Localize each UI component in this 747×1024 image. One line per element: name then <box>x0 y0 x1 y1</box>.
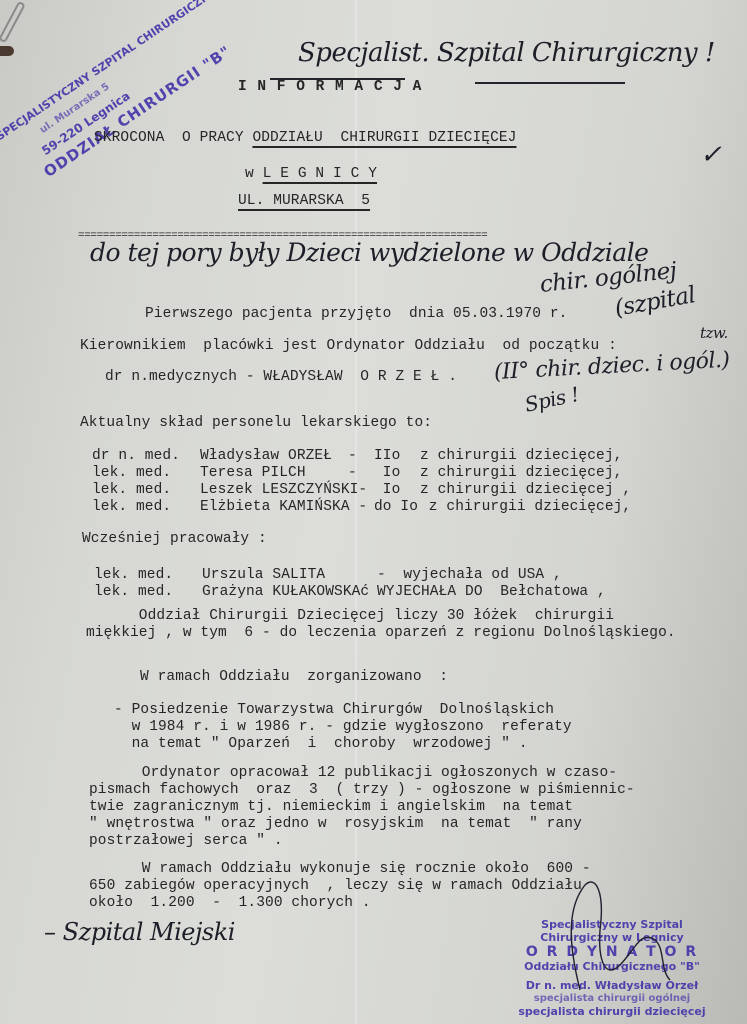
procedures-paragraph-line: około 1.200 - 1.300 chorych . <box>89 895 371 912</box>
handwritten-note-line-1: do tej pory były Dzieci wydzielone w Odd… <box>90 238 648 267</box>
signature <box>560 870 680 1000</box>
former-note: - wyjechała od USA , <box>377 567 562 583</box>
organized-item-line: na temat " Oparzeń i choroby wrzodowej "… <box>114 736 528 753</box>
former-staff-heading: Wcześniej pracowały : <box>82 531 267 548</box>
staff-sep: - <box>348 448 374 465</box>
staff-sep: - <box>348 465 374 482</box>
former-note: WYJECHAŁA DO Bełchatowa , <box>377 584 606 600</box>
staff-title: lek. med. <box>92 482 200 499</box>
city-prefix: w <box>245 166 263 182</box>
handwritten-top-note: Specjalist. Szpital Chirurgiczny ! <box>298 38 715 68</box>
procedures-paragraph-line: W ramach Oddziału wykonuje się rocznie o… <box>89 861 591 878</box>
staff-title: lek. med. <box>92 465 200 482</box>
address: UL. MURARSKA 5 <box>238 193 370 210</box>
staff-field: z chirurgii dziecięcej, <box>420 499 631 515</box>
staff-row: lek. med.Teresa PILCH- Ioz chirurgii dzi… <box>92 465 622 482</box>
former-name: Urszula SALITA <box>202 567 377 584</box>
publications-paragraph-line: Ordynator opracował 12 publikacji ogłosz… <box>89 765 617 782</box>
organized-heading: W ramach Oddziału zorganizowano : <box>140 669 448 686</box>
former-title: lek. med. <box>94 584 202 601</box>
organized-item-line: w 1984 r. i w 1986 r. - gdzie wygłoszono… <box>114 719 572 736</box>
staff-field: z chirurgii dziecięcej, <box>420 465 622 481</box>
handwritten-list-note: Spis ! <box>523 382 581 417</box>
staff-degree: Io <box>374 465 420 482</box>
staff-heading: Aktualny skład personelu lekarskiego to: <box>80 415 432 432</box>
city-line: w L E G N I C Y <box>245 166 377 183</box>
staff-row: dr n. med.Władysław ORZEŁ-IIoz chirurgii… <box>92 448 622 465</box>
beds-paragraph-line: miękkiej , w tym 6 - do leczenia oparzeń… <box>86 625 676 642</box>
staff-name: Władysław ORZEŁ <box>200 448 348 465</box>
former-name: Grażyna KUŁAKOWSKAć <box>202 584 377 601</box>
former-staff-row: lek. med.Grażyna KUŁAKOWSKAćWYJECHAŁA DO… <box>94 584 606 601</box>
first-patient-line: Pierwszego pacjenta przyjęto dnia 05.03.… <box>145 306 567 323</box>
city-name: L E G N I C Y <box>263 166 377 182</box>
head-intro-line: Kierownikiem placówki jest Ordynator Odd… <box>80 338 617 355</box>
staff-field: z chirurgii dziecięcej, <box>420 448 622 464</box>
staff-degree: do Io <box>374 499 420 516</box>
handwritten-bottom-note: – Szpital Miejski <box>44 918 235 946</box>
staff-row: lek. med.Leszek LESZCZYŃSKI- Ioz chirurg… <box>92 482 631 499</box>
staff-name: Leszek LESZCZYŃSKI- <box>200 482 374 499</box>
procedures-paragraph-line: 650 zabiegów operacyjnych , leczy się w … <box>89 878 582 895</box>
document-subtitle: SKROCONA O PRACY ODDZIAŁU CHIRURGII DZIE… <box>94 130 516 147</box>
department-stamp: SPECJALISTYCZNY SZPITAL CHIRURGICZNY ul.… <box>0 0 253 193</box>
staff-field: z chirurgii dziecięcej , <box>420 482 631 498</box>
punch-hole <box>0 46 14 56</box>
head-name-line: dr n.medycznych - WŁADYSŁAW O R Z E Ł . <box>105 369 457 386</box>
handwritten-check-mark: ✓ <box>700 140 721 170</box>
subtitle-prefix: SKROCONA O PRACY <box>94 130 252 146</box>
staff-title: dr n. med. <box>92 448 200 465</box>
stamp-line: specjalista chirurgii dziecięcej <box>512 1005 712 1018</box>
staff-row: lek. med.Elżbieta KAMIŃSKA -do Io z chir… <box>92 499 631 516</box>
binder-clip <box>0 1 26 44</box>
organized-item-line: - Posiedzenie Towarzystwa Chirurgów Doln… <box>114 702 554 719</box>
publications-paragraph-line: pismach fachowych oraz 3 ( trzy ) - ogło… <box>89 782 635 799</box>
handwritten-underline <box>475 82 625 84</box>
former-staff-row: lek. med.Urszula SALITA- wyjechała od US… <box>94 567 562 584</box>
beds-paragraph-line: Oddział Chirurgii Dziecięcej liczy 30 łó… <box>86 608 614 625</box>
publications-paragraph-line: " wnętrostwa " oraz jedno w rosyjskim na… <box>89 816 582 833</box>
publications-paragraph-line: postrzałowej serca " . <box>89 833 283 850</box>
staff-name: Elżbieta KAMIŃSKA - <box>200 499 374 516</box>
staff-name: Teresa PILCH <box>200 465 348 482</box>
staff-title: lek. med. <box>92 499 200 516</box>
staff-degree: Io <box>374 482 420 499</box>
subtitle-department: ODDZIAŁU CHIRURGII DZIECIĘCEJ <box>252 130 516 146</box>
staff-degree: IIo <box>374 448 420 465</box>
handwritten-first-patient-note-2: tzw. <box>700 324 728 342</box>
former-title: lek. med. <box>94 567 202 584</box>
document-title: I N F O R M A C J A <box>238 79 422 96</box>
publications-paragraph-line: twie zagranicznym tj. niemieckim i angie… <box>89 799 573 816</box>
